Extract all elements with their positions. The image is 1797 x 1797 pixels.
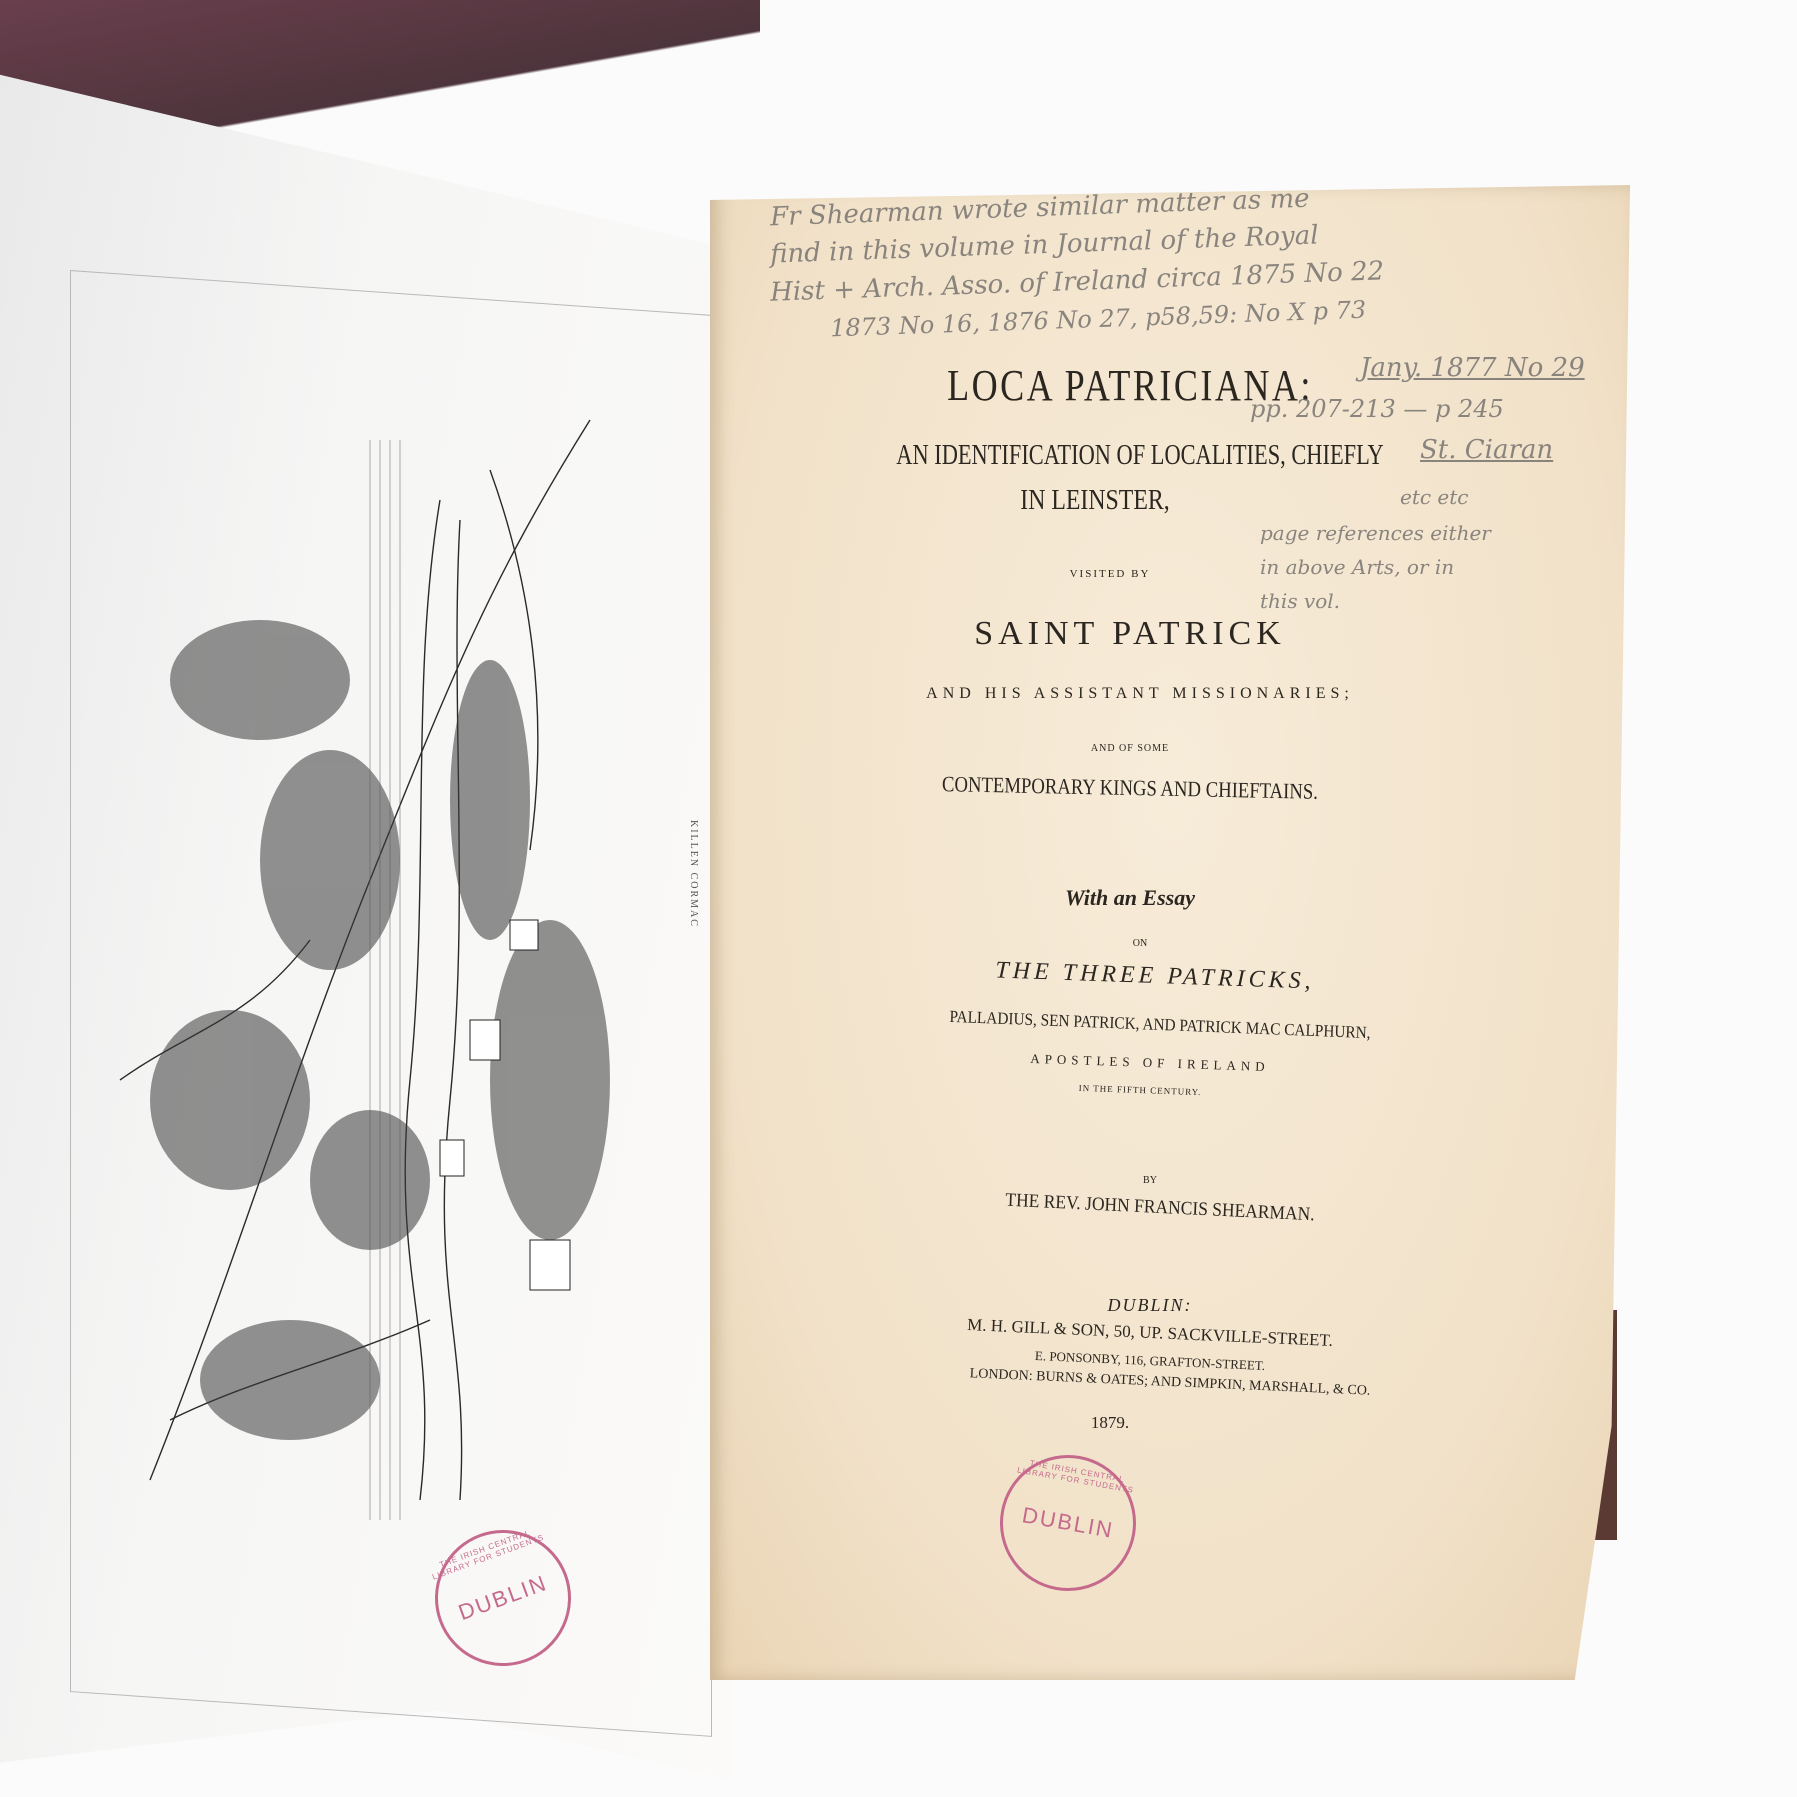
handwritten-note-line: page references either: [1260, 521, 1491, 545]
on-line: ON: [680, 938, 1600, 949]
and-of-some: AND OF SOME: [670, 743, 1590, 754]
handwritten-note-line: Jany. 1877 No 29: [1360, 353, 1585, 383]
library-stamp-right: THE IRISH CENTRAL LIBRARY FOR STUDENTS D…: [989, 1444, 1147, 1602]
landscape-engraving: [110, 380, 670, 1530]
subtitle-line-2: IN LEINSTER,: [704, 485, 1486, 517]
stamp-center-text: DUBLIN: [455, 1570, 551, 1626]
publication-year: 1879.: [650, 1413, 1570, 1433]
handwritten-note-line: etc etc: [1400, 485, 1469, 509]
handwritten-note-line: this vol.: [1260, 589, 1340, 613]
missionaries-line: AND HIS ASSISTANT MISSIONARIES;: [680, 685, 1600, 703]
plate-caption: KILLEN CORMAC: [688, 820, 699, 928]
essay-line: With an Essay: [670, 885, 1590, 911]
saint-patrick: SAINT PATRICK: [670, 615, 1590, 653]
stamp-center-text: DUBLIN: [1020, 1502, 1116, 1544]
handwritten-note-line: St. Ciaran: [1420, 435, 1553, 465]
three-patricks: THE THREE PATRICKS,: [695, 947, 1615, 1006]
title-page: LOCA PATRICIANA: AN IDENTIFICATION OF LO…: [710, 185, 1630, 1680]
author-line: THE REV. JOHN FRANCIS SHEARMAN.: [737, 1177, 1583, 1239]
handwritten-note-line: in above Arts, or in: [1260, 555, 1454, 579]
patricks-names: PALLADIUS, SEN PATRICK, AND PATRICK MAC …: [746, 999, 1574, 1051]
handwritten-note-line: pp. 207-213 — p 245: [1250, 395, 1504, 423]
kings-line: CONTEMPORARY KINGS AND CHIEFTAINS.: [739, 767, 1521, 809]
stamp-ring-text: THE IRISH CENTRAL LIBRARY FOR STUDENTS: [1011, 1456, 1142, 1496]
subtitle-line-1: AN IDENTIFICATION OF LOCALITIES, CHIEFLY: [772, 440, 1508, 472]
